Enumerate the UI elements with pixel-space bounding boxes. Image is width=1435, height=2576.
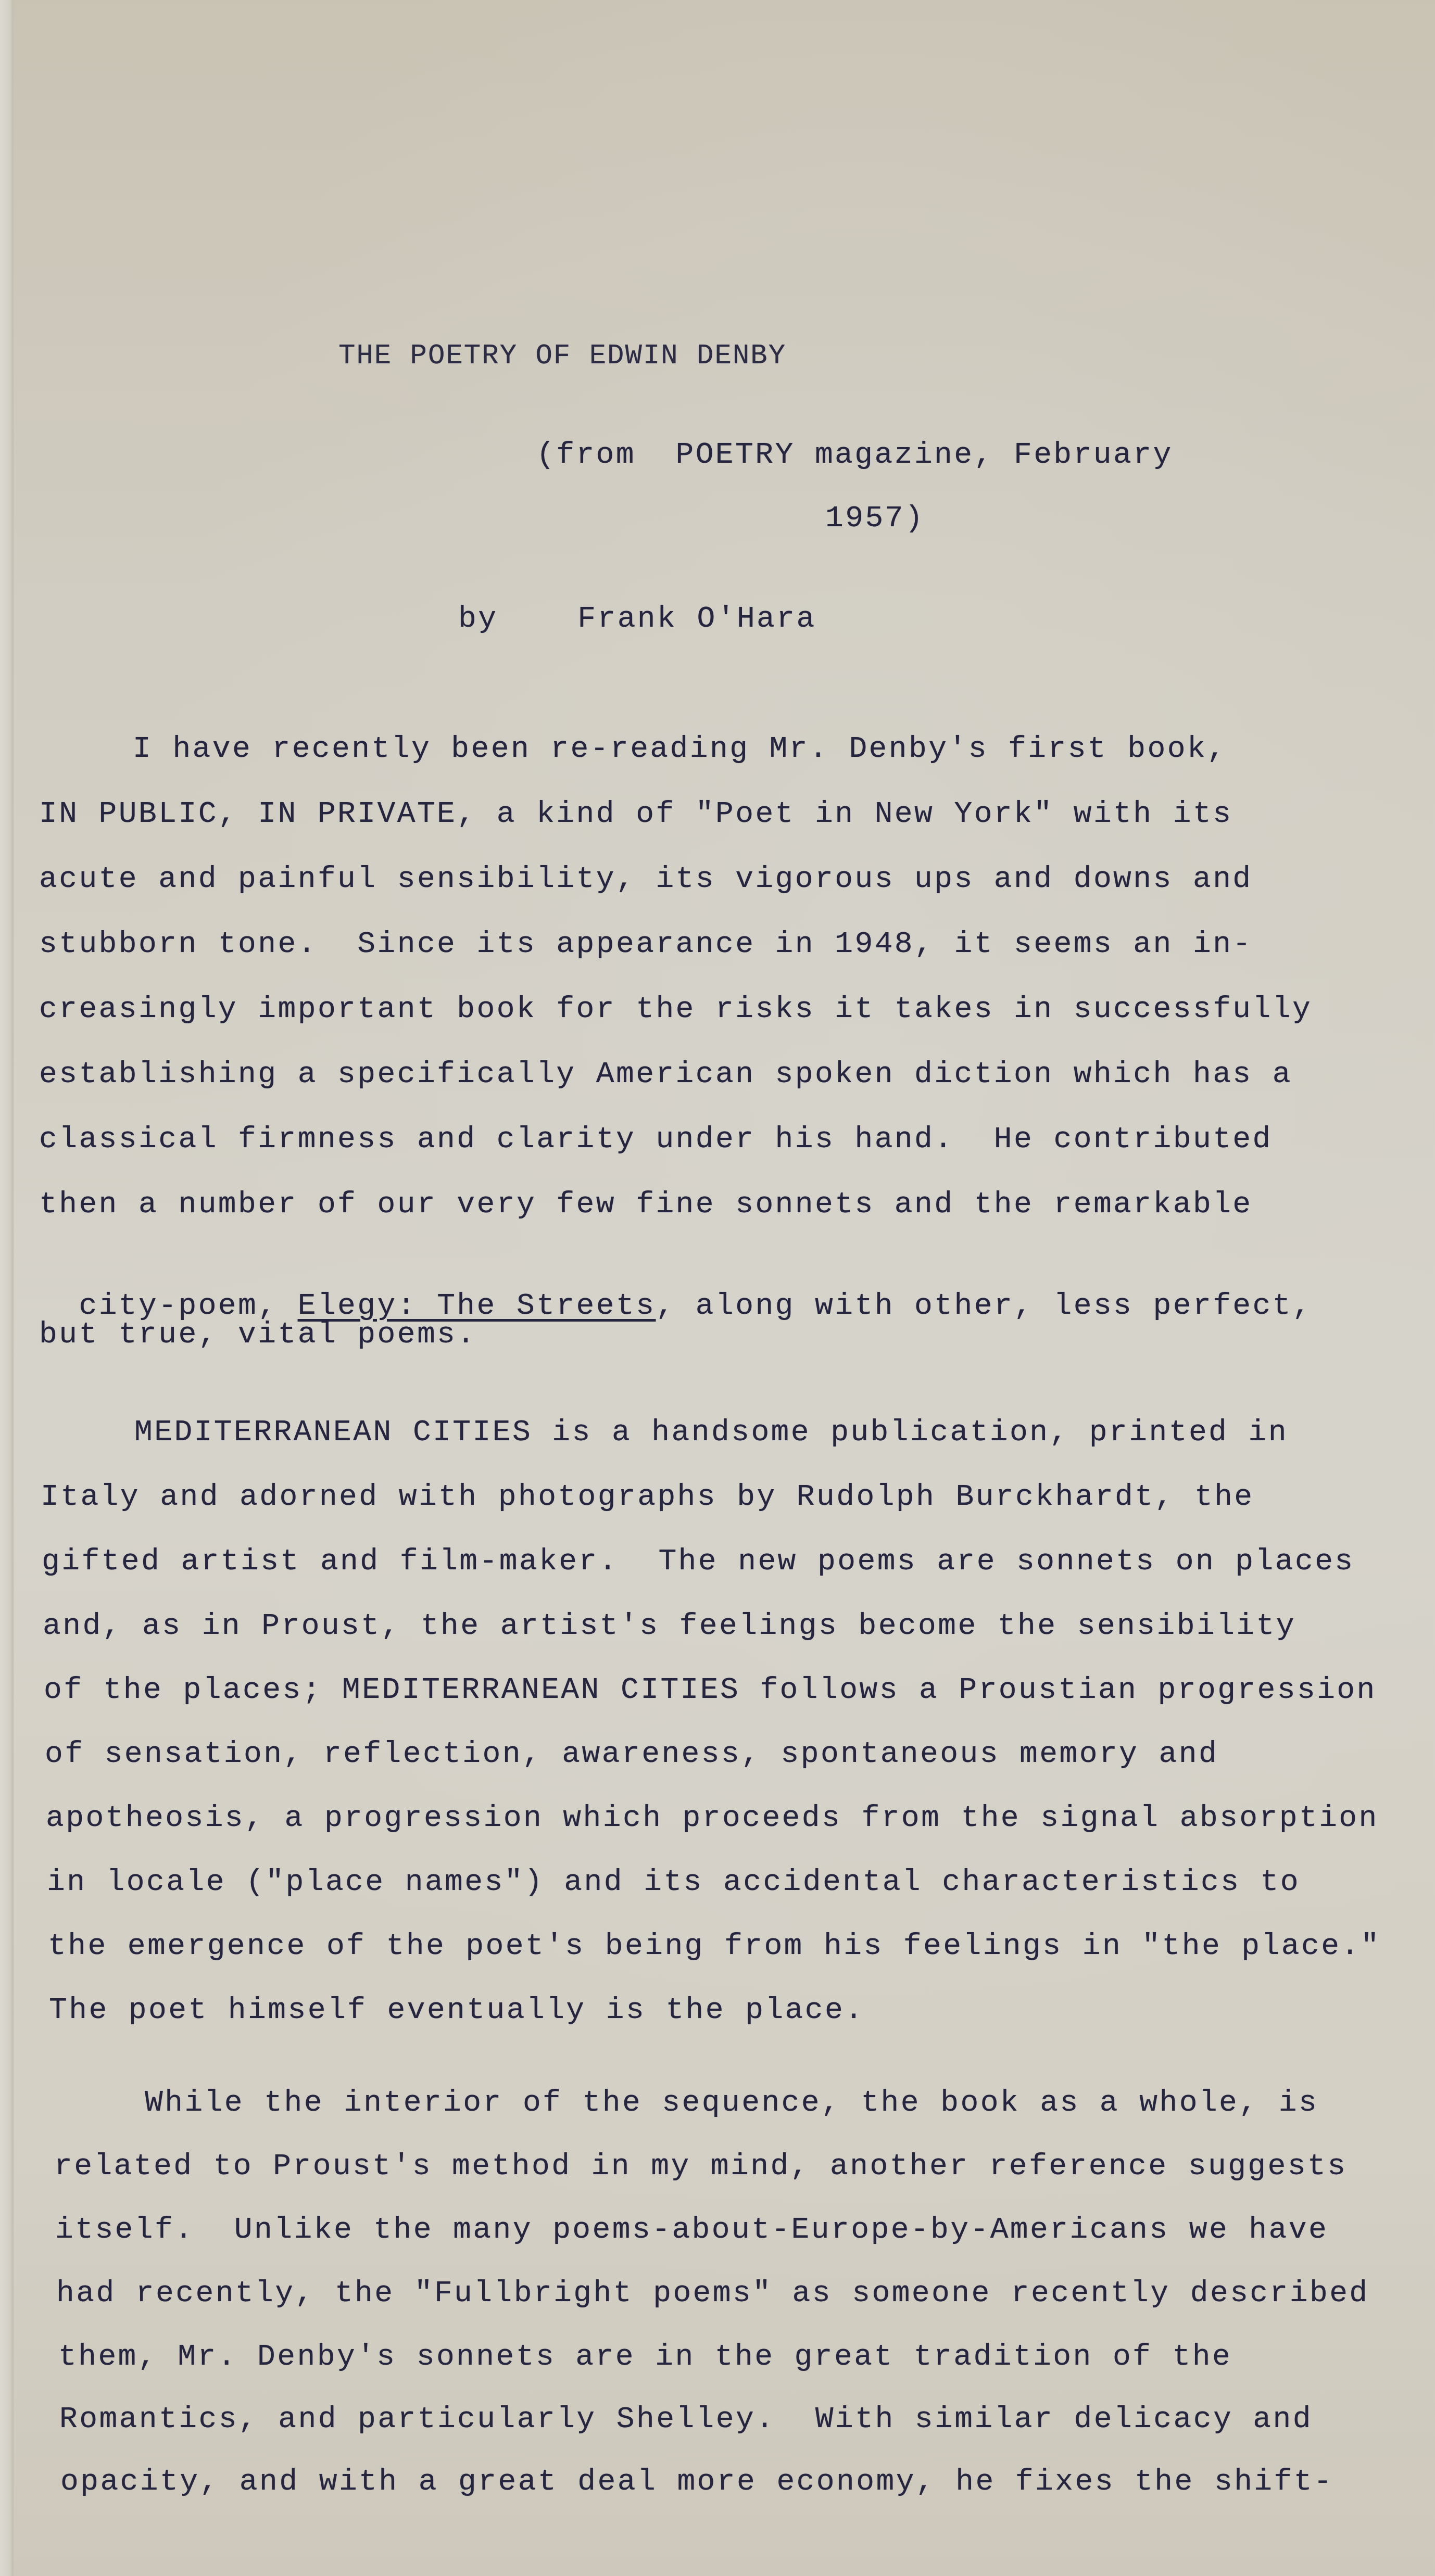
paragraph-1-line-2: IN PUBLIC, IN PRIVATE, a kind of "Poet i… <box>39 796 1232 833</box>
paragraph-2-line-1: MEDITERRANEAN CITIES is a handsome publi… <box>134 1415 1288 1451</box>
paragraph-2-line-5: of the places; MEDITERRANEAN CITIES foll… <box>44 1672 1377 1709</box>
line-text: , along with other, less perfect, <box>656 1289 1312 1323</box>
paragraph-3-line-3: itself. Unlike the many poems-about-Euro… <box>55 2212 1328 2249</box>
paragraph-2-line-9: the emergence of the poet's being from h… <box>48 1928 1381 1965</box>
paragraph-1-line-5: creasingly important book for the risks … <box>39 992 1312 1028</box>
paragraph-1-line-10: but true, vital poems. <box>39 1317 477 1353</box>
paragraph-3-line-4: had recently, the "Fullbright poems" as … <box>56 2276 1369 2312</box>
source-citation-line-1: (from POETRY magazine, February <box>536 437 1173 474</box>
paragraph-1-line-9: city-poem, Elegy: The Streets, along wit… <box>39 1252 1312 1325</box>
paragraph-2-line-10: The poet himself eventually is the place… <box>49 1993 864 2029</box>
paragraph-2-line-2: Italy and adorned with photographs by Ru… <box>41 1479 1254 1516</box>
source-citation-line-2: 1957) <box>825 501 925 537</box>
paragraph-3-line-7: opacity, and with a great deal more econ… <box>60 2464 1333 2501</box>
paragraph-2-line-4: and, as in Proust, the artist's feelings… <box>43 1608 1296 1645</box>
paragraph-3-line-5: them, Mr. Denby's sonnets are in the gre… <box>58 2339 1232 2376</box>
paragraph-1-line-7: classical firmness and clarity under his… <box>39 1122 1273 1158</box>
paragraph-1-line-6: establishing a specifically American spo… <box>39 1057 1292 1093</box>
paragraph-1-line-4: stubborn tone. Since its appearance in 1… <box>39 927 1253 963</box>
paragraph-3-line-2: related to Proust's method in my mind, a… <box>54 2149 1347 2185</box>
page-edge <box>0 0 14 2576</box>
byline: by Frank O'Hara <box>458 601 816 638</box>
paragraph-2-line-3: gifted artist and film-maker. The new po… <box>42 1544 1355 1580</box>
paragraph-2-line-6: of sensation, reflection, awareness, spo… <box>45 1736 1218 1773</box>
paragraph-1-line-3: acute and painful sensibility, its vigor… <box>39 861 1253 898</box>
paragraph-3-line-1: While the interior of the sequence, the … <box>145 2085 1318 2122</box>
paragraph-2-line-7: apotheosis, a progression which proceeds… <box>46 1800 1379 1837</box>
paragraph-1-line-1: I have recently been re-reading Mr. Denb… <box>133 731 1227 768</box>
document-title: THE POETRY OF EDWIN DENBY <box>338 338 786 375</box>
paragraph-1-line-8: then a number of our very few fine sonne… <box>39 1187 1253 1223</box>
paragraph-3-line-6: Romantics, and particularly Shelley. Wit… <box>59 2402 1313 2438</box>
paragraph-2-line-8: in locale ("place names") and its accide… <box>47 1864 1300 1901</box>
